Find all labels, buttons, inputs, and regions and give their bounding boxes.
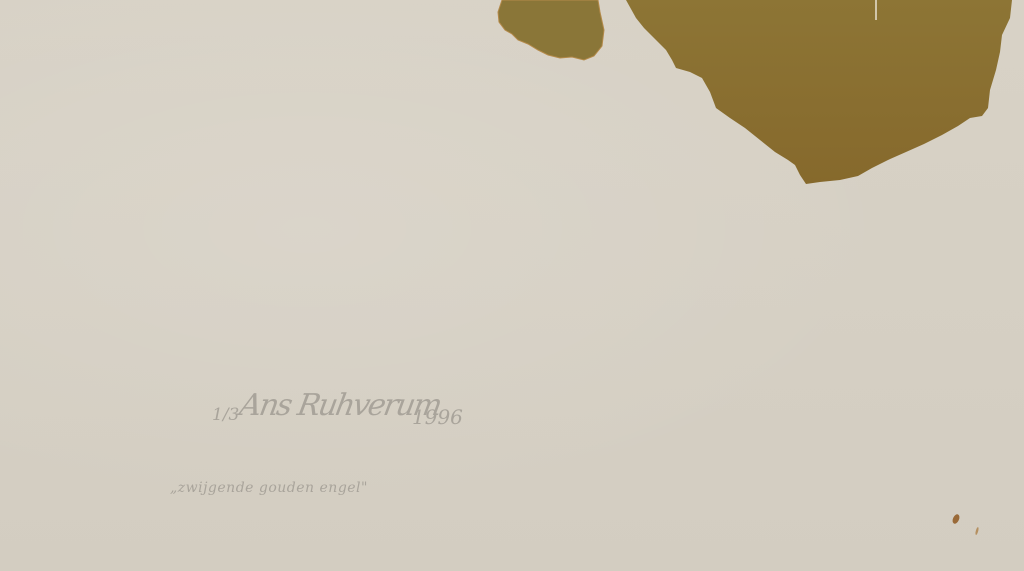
stain-spot [975,527,979,535]
artwork-title: „zwijgende gouden engel" [170,480,368,496]
gold-shapes [0,0,1024,571]
small-gold-shape [498,0,604,60]
large-gold-shape [626,0,1012,184]
artwork-year: 1996 [412,405,463,429]
stain-spot [951,513,961,525]
edition-number: 1/3 [212,405,239,425]
